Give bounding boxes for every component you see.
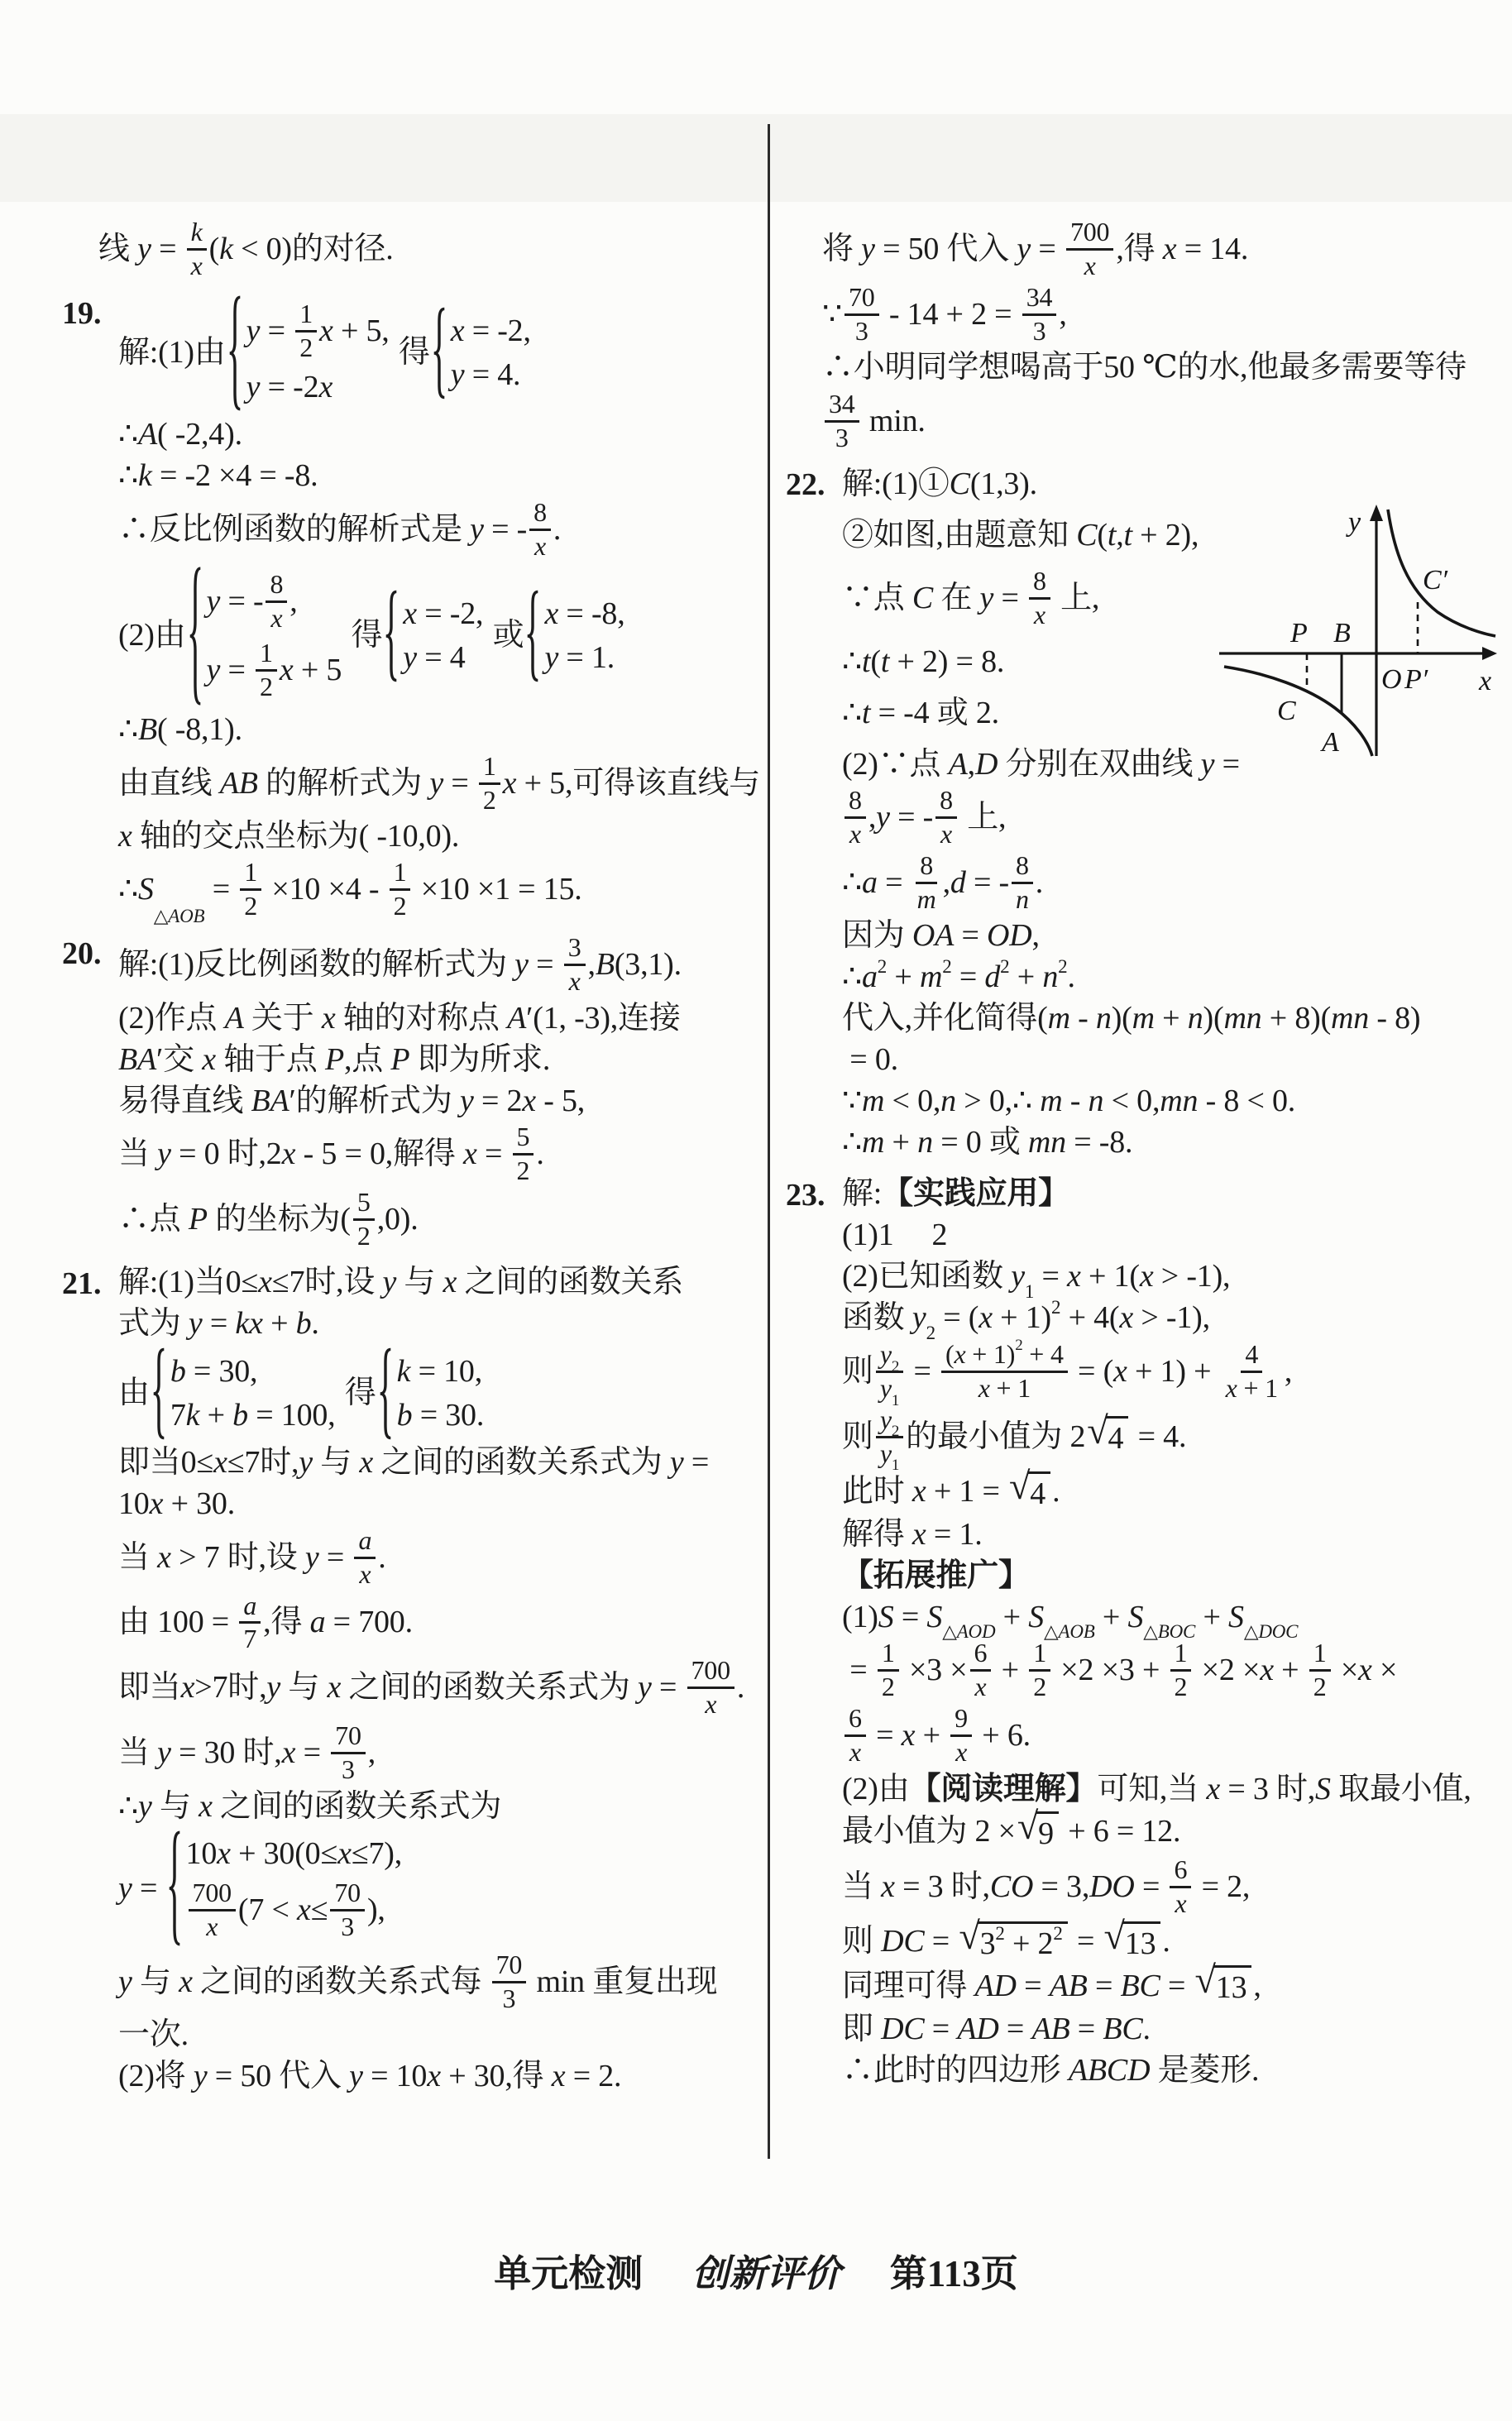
math-variable: x [849,821,861,849]
text-run: + 2) = 8. [889,644,1004,681]
solution-line: 6x = x + 9x + 6. [842,1705,1510,1767]
text-run: 由直线 [118,765,220,802]
text-run: 8 [940,787,953,815]
fraction: 8m [913,852,940,914]
cases-row: x = -2, [403,596,483,633]
text-run: 34 [829,390,855,419]
block-body: 解:(1)由y = 12x + 5,y = -2x 得x = -2,y = 4.… [118,290,763,924]
denominator: 2 [295,333,317,362]
text-run: ′的解析式为 [289,1083,460,1120]
math-variable: AB [1031,2011,1069,2048]
math-variable: k [397,1353,411,1390]
math-variable: x [902,1717,916,1754]
text-run: ( [945,1341,954,1369]
text-run: + 30,得 [441,2058,552,2095]
text-run: 2 [878,956,887,977]
solution-line: (1)S = S△AOD + S△AOB + S△BOC + S△DOC [842,1598,1510,1636]
math-variable: x [849,1739,861,1767]
fraction: 8x [935,787,957,849]
denominator: x [845,1737,865,1767]
text-run: 3 [980,1926,996,1963]
cases-row: y = -8x, [207,571,342,633]
text-run: 最小值为 2 × [842,1813,1016,1850]
math-variable: n [917,1124,933,1161]
math-variable: BC [1121,1968,1160,2005]
text-run: 1 [1025,1281,1034,1302]
math-variable: x [318,369,333,406]
hyperbola-branch-lower [1224,667,1372,756]
text-run: = 10 [363,2058,427,2095]
radicand: 13 [1122,1921,1161,1963]
math-variable: k [219,231,233,268]
text-run: = 3 时, [895,1868,990,1906]
text-run: 2 [517,1157,530,1185]
text-run: 7 [243,1625,256,1653]
radical-sign-icon: √ [1009,1468,1030,1506]
math-variable: t [1108,517,1116,554]
problem-number [786,215,822,455]
text-run: 即 [842,2011,881,2048]
text-run: ∴ [842,1124,862,1161]
text-run: 之间的函数关系 [457,1264,683,1301]
text-run: . [1162,1923,1170,1960]
solution-line: 当 y = 30 时,x = 703, [118,1722,763,1784]
math-variable: AD [975,1968,1017,2005]
text-run: = [151,231,184,268]
text-run: = [529,946,562,983]
math-variable: A [138,416,157,453]
math-variable: m [862,1124,884,1161]
text-run: 此时 [842,1473,912,1510]
math-variable: y [880,1375,892,1403]
text-run: 由 [118,1375,150,1412]
text-run: 即当 [118,1669,181,1706]
numerator: 1 [256,639,277,672]
solution-line: ∴此时的四边形 ABCD 是菱形. [842,2051,1510,2089]
text-run: ∴ [118,1788,138,1825]
text-run: 由 100 = [118,1604,237,1641]
text-run: 即当0≤ [118,1444,213,1481]
cases-rows: x = -2,y = 4. [451,309,531,397]
math-variable: CO [990,1868,1033,1906]
math-variable: b [397,1397,413,1434]
math-variable: x [1163,231,1177,268]
math-variable: x [181,1669,195,1706]
cases-row: k = 10, [397,1353,485,1390]
text-run: 5 [357,1189,371,1217]
text-run: > -1), [1133,1299,1210,1337]
denominator: 2 [479,785,500,815]
text-run: (1,3). [970,466,1037,503]
text-run: = [203,1305,236,1342]
text-run: ( [870,644,880,681]
denominator: 3 [831,423,853,452]
text-run: (1)1 [842,1217,894,1254]
text-run: 4 [1245,1341,1258,1369]
block-body: 解:(1)当0≤x≤7时,设 y 与 x 之间的函数关系式为 y = kx + … [118,1261,763,2099]
text-run: = [878,864,911,902]
numerator: a [239,1592,261,1624]
solution-line: 最小值为 2 ×√9 + 6 = 12. [842,1811,1510,1853]
text-run: 1 [299,300,313,328]
solution-line: ∴B( -8,1). [118,711,763,749]
text-run: 当 [842,1868,881,1906]
text-run: 2 [260,673,273,701]
problem-number: 21. [62,1261,118,2099]
text-run: = 30, [186,1353,258,1390]
math-variable: AOB [168,906,204,926]
text-run: ( -2,4). [157,416,242,453]
math-variable: y [382,1264,396,1301]
text-run: = 1. [558,639,615,677]
numerator: 1 [390,859,411,891]
text-run: ≤7时, [227,1444,299,1481]
y-axis-arrow [1370,505,1383,521]
text-run: = 2 [474,1083,523,1120]
radical: √13 [1104,1921,1161,1963]
solution-line: 代入,并化简得(m - n)(m + n)(mn + 8)(mn - 8) [842,1000,1510,1038]
text-run: 1 [882,1639,895,1667]
text-run: = [1160,1968,1194,2005]
fraction: 12 [1309,1639,1331,1701]
numerator: 8 [1029,567,1050,600]
math-variable: x [297,1892,311,1929]
math-variable: y [157,1734,171,1772]
solution-line: 将 y = 50 代入 y = 700x,得 x = 14. [822,218,1510,280]
text-run: + 5,可得该直线与 [516,765,760,802]
text-run: 2 [244,892,257,921]
text-run: min. [862,403,926,440]
text-run: (2)已知函数 [842,1258,1011,1295]
text-run: = [132,1870,165,1907]
text-run: = 30 时, [171,1734,282,1772]
math-variable: mn [1160,1083,1198,1120]
math-variable: S [1028,1599,1044,1636]
text-run: = - [966,864,1009,902]
text-run: = [1017,1968,1050,2005]
solution-line: 由b = 30,7k + b = 100, 得k = 10,b = 30. [118,1347,763,1441]
superscript: 2 [878,955,887,978]
fraction: 12 [390,859,411,921]
math-variable: x [258,1264,272,1301]
solution-line: 因为 OA = OD, [842,917,1510,955]
numerator: 1 [1029,1639,1050,1672]
text-run: 的坐标为( [208,1201,351,1238]
denominator: x [1030,600,1050,629]
fraction: 12 [479,753,500,815]
math-variable: OA [912,917,954,955]
math-variable: DC [881,2011,924,2048]
math-variable: A [507,1000,526,1037]
text-run: (2)由 [842,1771,910,1808]
text-run: = 100, [248,1397,336,1434]
math-variable: a [310,1604,326,1641]
label-p-prime: P′ [1404,664,1428,695]
numerator: (x + 1)2 + 4 [941,1341,1068,1373]
math-variable: C [912,580,933,617]
text-run: . [553,511,561,548]
math-variable: x [270,605,282,633]
math-variable: y [912,1299,926,1337]
text-run: 10 [118,1486,150,1523]
solution-line: ∴A( -2,4). [118,416,763,454]
text-run: = -8, [558,596,624,633]
text-run: 2 [1033,1673,1046,1701]
text-run: 轴于点 [216,1041,325,1079]
denominator: x + 1 [974,1373,1035,1403]
text-run: = -8. [1066,1124,1132,1161]
math-variable: y [880,1341,892,1369]
denominator: 3 [337,1911,358,1941]
cases-row: b = 30, [170,1353,336,1390]
denominator: x [202,1911,222,1941]
denominator: x [530,531,550,561]
math-variable: P [390,1041,409,1079]
fraction: 3x [564,934,586,996]
math-variable: x [544,596,558,633]
text-run: + 1( [1081,1258,1140,1295]
denominator: x [936,819,956,849]
text-run: min 重复出现 [529,1964,717,2001]
text-run: 8 [1016,852,1029,880]
radicand: 32 + 22 [978,1921,1068,1963]
solution-block-23: 23.解:【实践应用】(1)12(2)已知函数 y1 = x + 1(x > -… [786,1172,1510,2093]
text-run: + [884,1124,917,1161]
label-c: C [1277,696,1296,726]
text-run: = 0. [842,1041,898,1079]
solution-line: 【拓展推广】 [842,1557,1510,1595]
math-variable: x [282,1136,296,1173]
numerator: 8 [845,787,866,819]
text-run: ( [209,231,219,268]
math-variable: A [949,746,968,783]
solution-line: = 12 ×3 ×6x + 12 ×2 ×3 + 12 ×2 ×x + 12 ×… [842,1639,1510,1701]
text-run: ≤7), [352,1835,402,1873]
text-run: 分别在双曲线 [998,746,1200,783]
fraction: 12 [1170,1639,1192,1701]
text-run: 70 [496,1951,523,1979]
text-run: 34 [1026,284,1053,312]
text-run: 2 [483,787,496,815]
solution-line: x 轴的交点坐标为( -10,0). [118,817,763,855]
cases-row: y = 12x + 5 [207,639,342,701]
text-run: ), [367,1892,385,1929]
radical: √4 [1087,1416,1128,1457]
label-a: A [1320,727,1339,758]
math-variable: a [243,1592,256,1620]
text-run: > 0,∴ [956,1083,1040,1120]
text-run: 3 [855,318,868,346]
fraction: 8x [529,499,551,561]
text-run: 得 [337,1375,376,1412]
math-variable: S [138,871,154,908]
fraction: 703 [330,1879,365,1941]
math-variable: x [881,1868,895,1906]
fraction: 12 [240,859,261,921]
text-run: ∴ [842,644,862,681]
text-run: 轴的交点坐标为( -10,0). [132,818,460,855]
math-variable: x [552,2058,566,2095]
math-variable: y [670,1444,684,1481]
solution-line: 同理可得 AD = AB = BC = √13, [842,1965,1510,2007]
text-run: 易得直线 [118,1083,251,1120]
radicand: 4 [1106,1416,1129,1457]
text-run: 9 [1038,1816,1054,1853]
text-run: ∵ [842,1083,862,1120]
numerator: 700 [687,1657,734,1689]
text-run: = ( [1070,1353,1113,1390]
text-run: = [1069,2011,1103,2048]
text-run: 2 [357,1222,371,1251]
text-run: . [1067,959,1074,996]
text-run: = [906,1353,939,1390]
solution-line: 一次. [118,2017,763,2055]
math-variable: y [429,765,443,802]
fraction: 6x [970,1639,992,1701]
text-run: = [952,959,985,996]
math-variable: x [322,1000,336,1037]
text-run: ∴小明同学想喝高于50 ℃的水,他最多需要等待 [822,349,1467,386]
cases-group: b = 30,7k + b = 100, [151,1347,336,1441]
block-body: 线 y = kx(k < 0)的对径. [98,215,763,284]
text-run: = [1031,231,1064,268]
denominator: 2 [240,891,261,921]
math-variable: x [280,652,294,689]
text-run: + 1) [993,1299,1051,1337]
numerator: 700 [189,1879,236,1911]
denominator: 2 [1170,1672,1192,1701]
text-run: △ [942,1621,957,1642]
math-variable: m [1048,1000,1070,1037]
solution-line: ∴k = -2 ×4 = -8. [118,457,763,495]
text-run: ×10 ×1 = 15. [413,871,581,908]
math-variable: A [225,1000,244,1037]
radical: √4 [1009,1471,1050,1513]
math-variable: S [1228,1599,1244,1636]
solution-line: y = 10x + 30(0≤x≤7),700x(7 < x≤703), [118,1829,763,1948]
math-variable: mn [1223,1000,1261,1037]
text-run: + 5 [294,652,342,689]
text-run: 2 [1051,1297,1060,1318]
text-run: 解:(1)由 [118,334,226,371]
fraction: 52 [353,1189,375,1251]
text-run: 1 [1033,1639,1046,1667]
math-variable: n [940,1083,956,1120]
math-variable: B [596,946,615,983]
cases-row: y = 4. [451,356,531,394]
text-run: , [1116,517,1123,554]
text-run: > 7 时,设 [171,1539,305,1577]
text-run: △ [1143,1621,1158,1642]
math-variable: x [912,1473,926,1510]
solution-line: ∴m + n = 0 或 mn = -8. [842,1124,1510,1162]
denominator: y1 [876,1373,903,1403]
denominator: 3 [851,316,873,346]
text-run: = [1088,1968,1121,2005]
math-variable: x [1260,1652,1274,1689]
fraction: 9x [950,1705,972,1767]
math-variable: AD [957,2011,998,2048]
text-run: = 50 代入 [875,231,1017,268]
solution-line: 则y2y1的最小值为 2√4 = 4. [842,1406,1510,1468]
math-variable: C [950,466,970,503]
text-run: (1) [842,1599,878,1636]
text-run: = -2 [260,369,318,406]
radical-sign-icon: √ [1104,1918,1125,1956]
text-run: 可知,当 [1097,1771,1206,1808]
math-variable: n [1016,886,1029,914]
text-run: ( -8,1). [157,711,242,749]
text-run: + [1274,1652,1307,1689]
math-variable: DOC [1258,1621,1298,1642]
text-run: ( [1097,517,1107,554]
text-run: + [887,959,920,996]
text-run: 700 [193,1879,232,1907]
text-run: = -2, [417,596,483,633]
solution-line: ∴a = 8m,d = -8n. [842,852,1510,914]
numerator: 1 [240,859,261,891]
text-run: = -2 ×4 = -8. [152,457,318,495]
math-variable: x [569,968,581,996]
text-run: = [1069,1923,1103,1960]
text-run: = 3 时, [1220,1771,1315,1808]
math-variable: y [876,799,890,836]
math-variable: y [349,2058,363,2095]
text-run: 取最小值, [1331,1771,1471,1808]
scanned-answer-page: 线 y = kx(k < 0)的对径.19.解:(1)由y = 12x + 5,… [0,0,1512,2421]
math-variable: y [207,652,221,689]
numerator: 3 [564,934,586,966]
denominator: x [355,1559,375,1589]
text-run: > -1), [1153,1258,1230,1295]
math-variable: n [1042,959,1058,996]
math-variable: x [359,1561,371,1589]
math-variable: x [191,252,203,280]
solution-line: 解:(1)当0≤x≤7时,设 y 与 x 之间的函数关系 [118,1264,763,1302]
column-divider [768,124,770,2159]
numerator: 5 [513,1123,534,1155]
text-run: + [199,1397,232,1434]
text-run: 得 [343,617,382,654]
math-variable: a [862,864,878,902]
numerator: 6 [970,1639,992,1672]
text-run: . [1143,2011,1151,2048]
text-run: 与 [152,1788,199,1825]
text-run: 解:(1)当0≤ [118,1264,258,1301]
text-run: >7时, [194,1669,266,1706]
text-run: 则 [842,1419,873,1456]
superscript: 2 [995,1922,1004,1945]
numerator: 6 [845,1705,866,1737]
text-run: + 6. [974,1717,1031,1754]
math-variable: x [118,818,132,855]
radical: √9 [1017,1811,1059,1853]
math-variable: y [266,1669,280,1706]
denominator: x [701,1689,720,1719]
math-variable: D [975,746,998,783]
fraction: y2y1 [876,1406,903,1468]
cases-group: k = 10,b = 30. [378,1347,485,1441]
text-run: = 4 [417,639,466,677]
solution-line: 此时 x + 1 = √4. [842,1471,1510,1513]
solution-line: 线 y = kx(k < 0)的对径. [98,218,763,280]
math-variable: a [358,1527,371,1555]
page-footer: 单元检测 创新评价 第113页 [0,2243,1512,2297]
fraction: 8x [845,787,866,849]
solution-line: (2)将 y = 50 代入 y = 10x + 30,得 x = 2. [118,2058,763,2096]
text-run: , [1285,1353,1292,1390]
math-variable: x [359,1444,373,1481]
